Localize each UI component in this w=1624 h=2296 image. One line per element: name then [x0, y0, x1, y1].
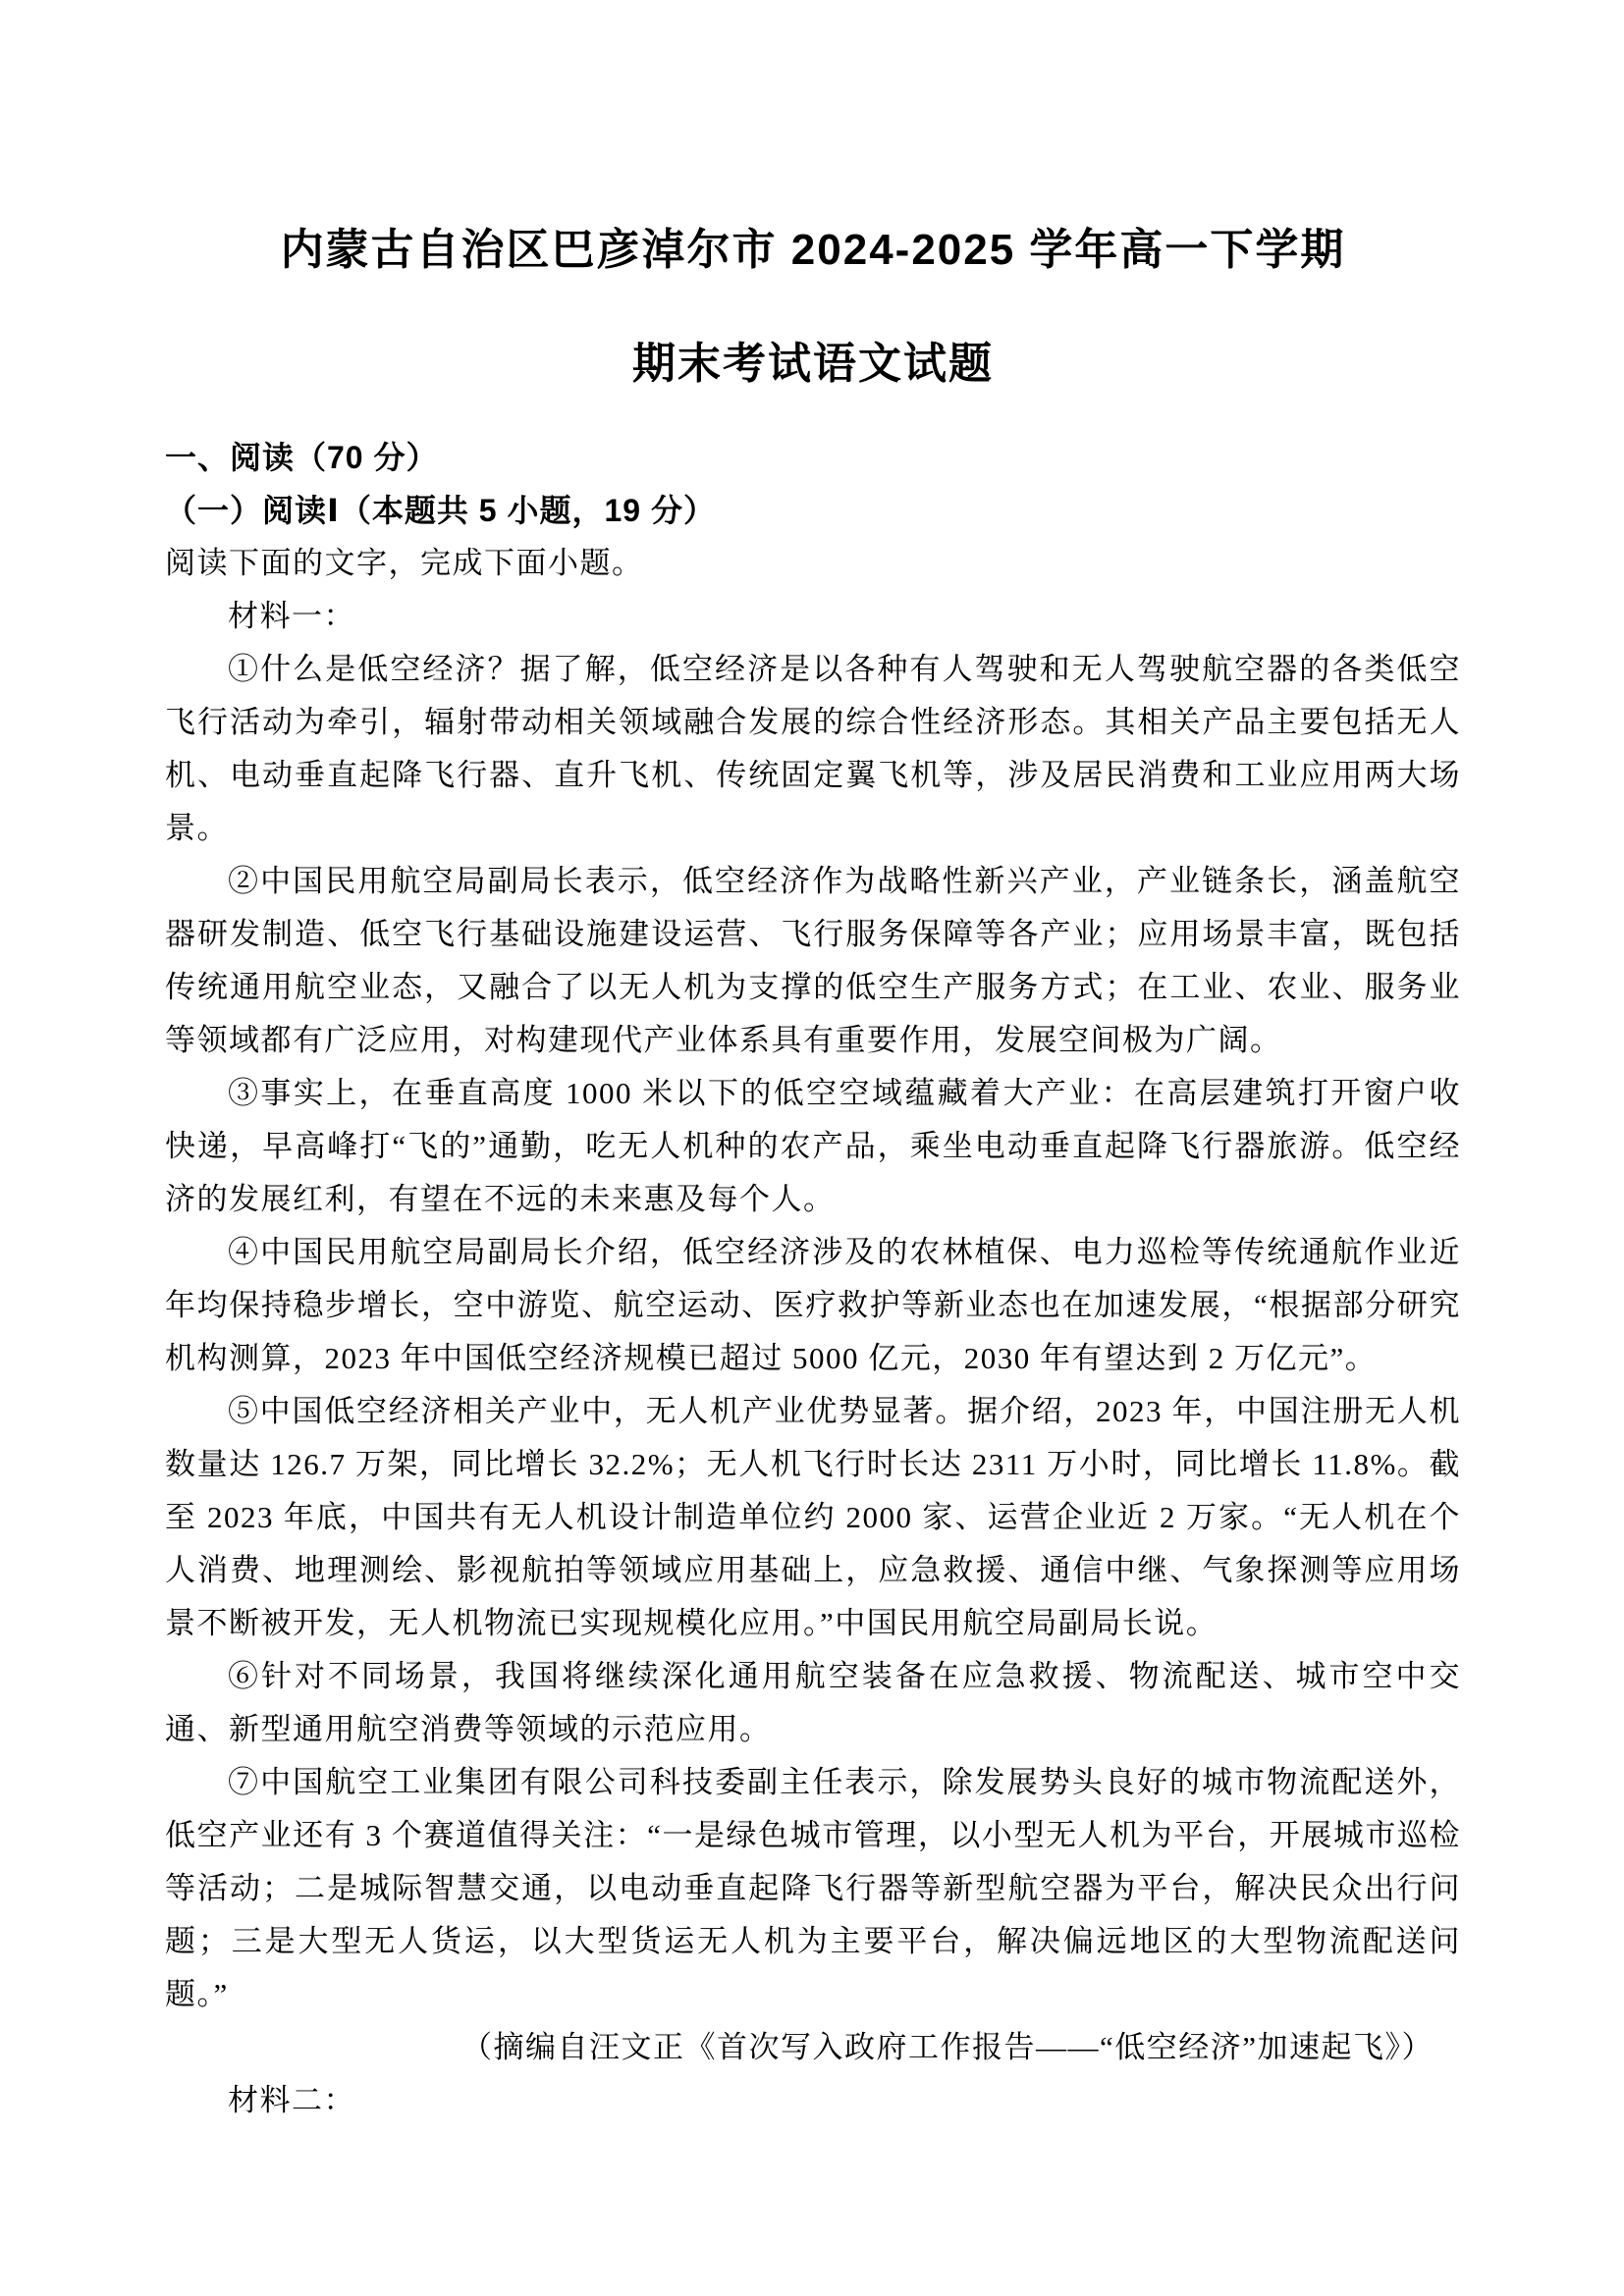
- material-1-paragraph: ②中国民用航空局副局长表示，低空经济作为战略性新兴产业，产业链条长，涵盖航空器研…: [165, 855, 1461, 1067]
- material-1-paragraph: ⑤中国低空经济相关产业中，无人机产业优势显著。据介绍，2023 年，中国注册无人…: [165, 1385, 1461, 1650]
- document-title-line2: 期末考试语文试题: [165, 335, 1461, 394]
- material-1-paragraph: ⑥针对不同场景，我国将继续深化通用航空装备在应急救援、物流配送、城市空中交通、新…: [165, 1650, 1461, 1756]
- material-1-source-citation: （摘编自汪文正《首次写入政府工作报告——“低空经济”加速起飞》）: [165, 2021, 1461, 2074]
- reading-instruction: 阅读下面的文字，完成下面小题。: [165, 537, 1461, 590]
- material-1-paragraph: ⑦中国航空工业集团有限公司科技委副主任表示，除发展势头良好的城市物流配送外，低空…: [165, 1756, 1461, 2021]
- document-title-line1: 内蒙古自治区巴彦淖尔市 2024-2025 学年高一下学期: [165, 221, 1461, 280]
- exam-document-page: 内蒙古自治区巴彦淖尔市 2024-2025 学年高一下学期 期末考试语文试题 一…: [0, 0, 1624, 2296]
- material-2-label: 材料二：: [165, 2074, 1461, 2127]
- section-heading-reading: 一、阅读（70 分）: [165, 431, 1461, 484]
- material-1-paragraph: ③事实上，在垂直高度 1000 米以下的低空空域蕴藏着大产业：在高层建筑打开窗户…: [165, 1067, 1461, 1226]
- material-1-label: 材料一：: [165, 590, 1461, 643]
- subsection-heading-reading-1: （一）阅读Ⅰ（本题共 5 小题，19 分）: [165, 484, 1461, 537]
- material-1-paragraph: ①什么是低空经济？据了解，低空经济是以各种有人驾驶和无人驾驶航空器的各类低空飞行…: [165, 643, 1461, 855]
- material-1-paragraph: ④中国民用航空局副局长介绍，低空经济涉及的农林植保、电力巡检等传统通航作业近年均…: [165, 1226, 1461, 1385]
